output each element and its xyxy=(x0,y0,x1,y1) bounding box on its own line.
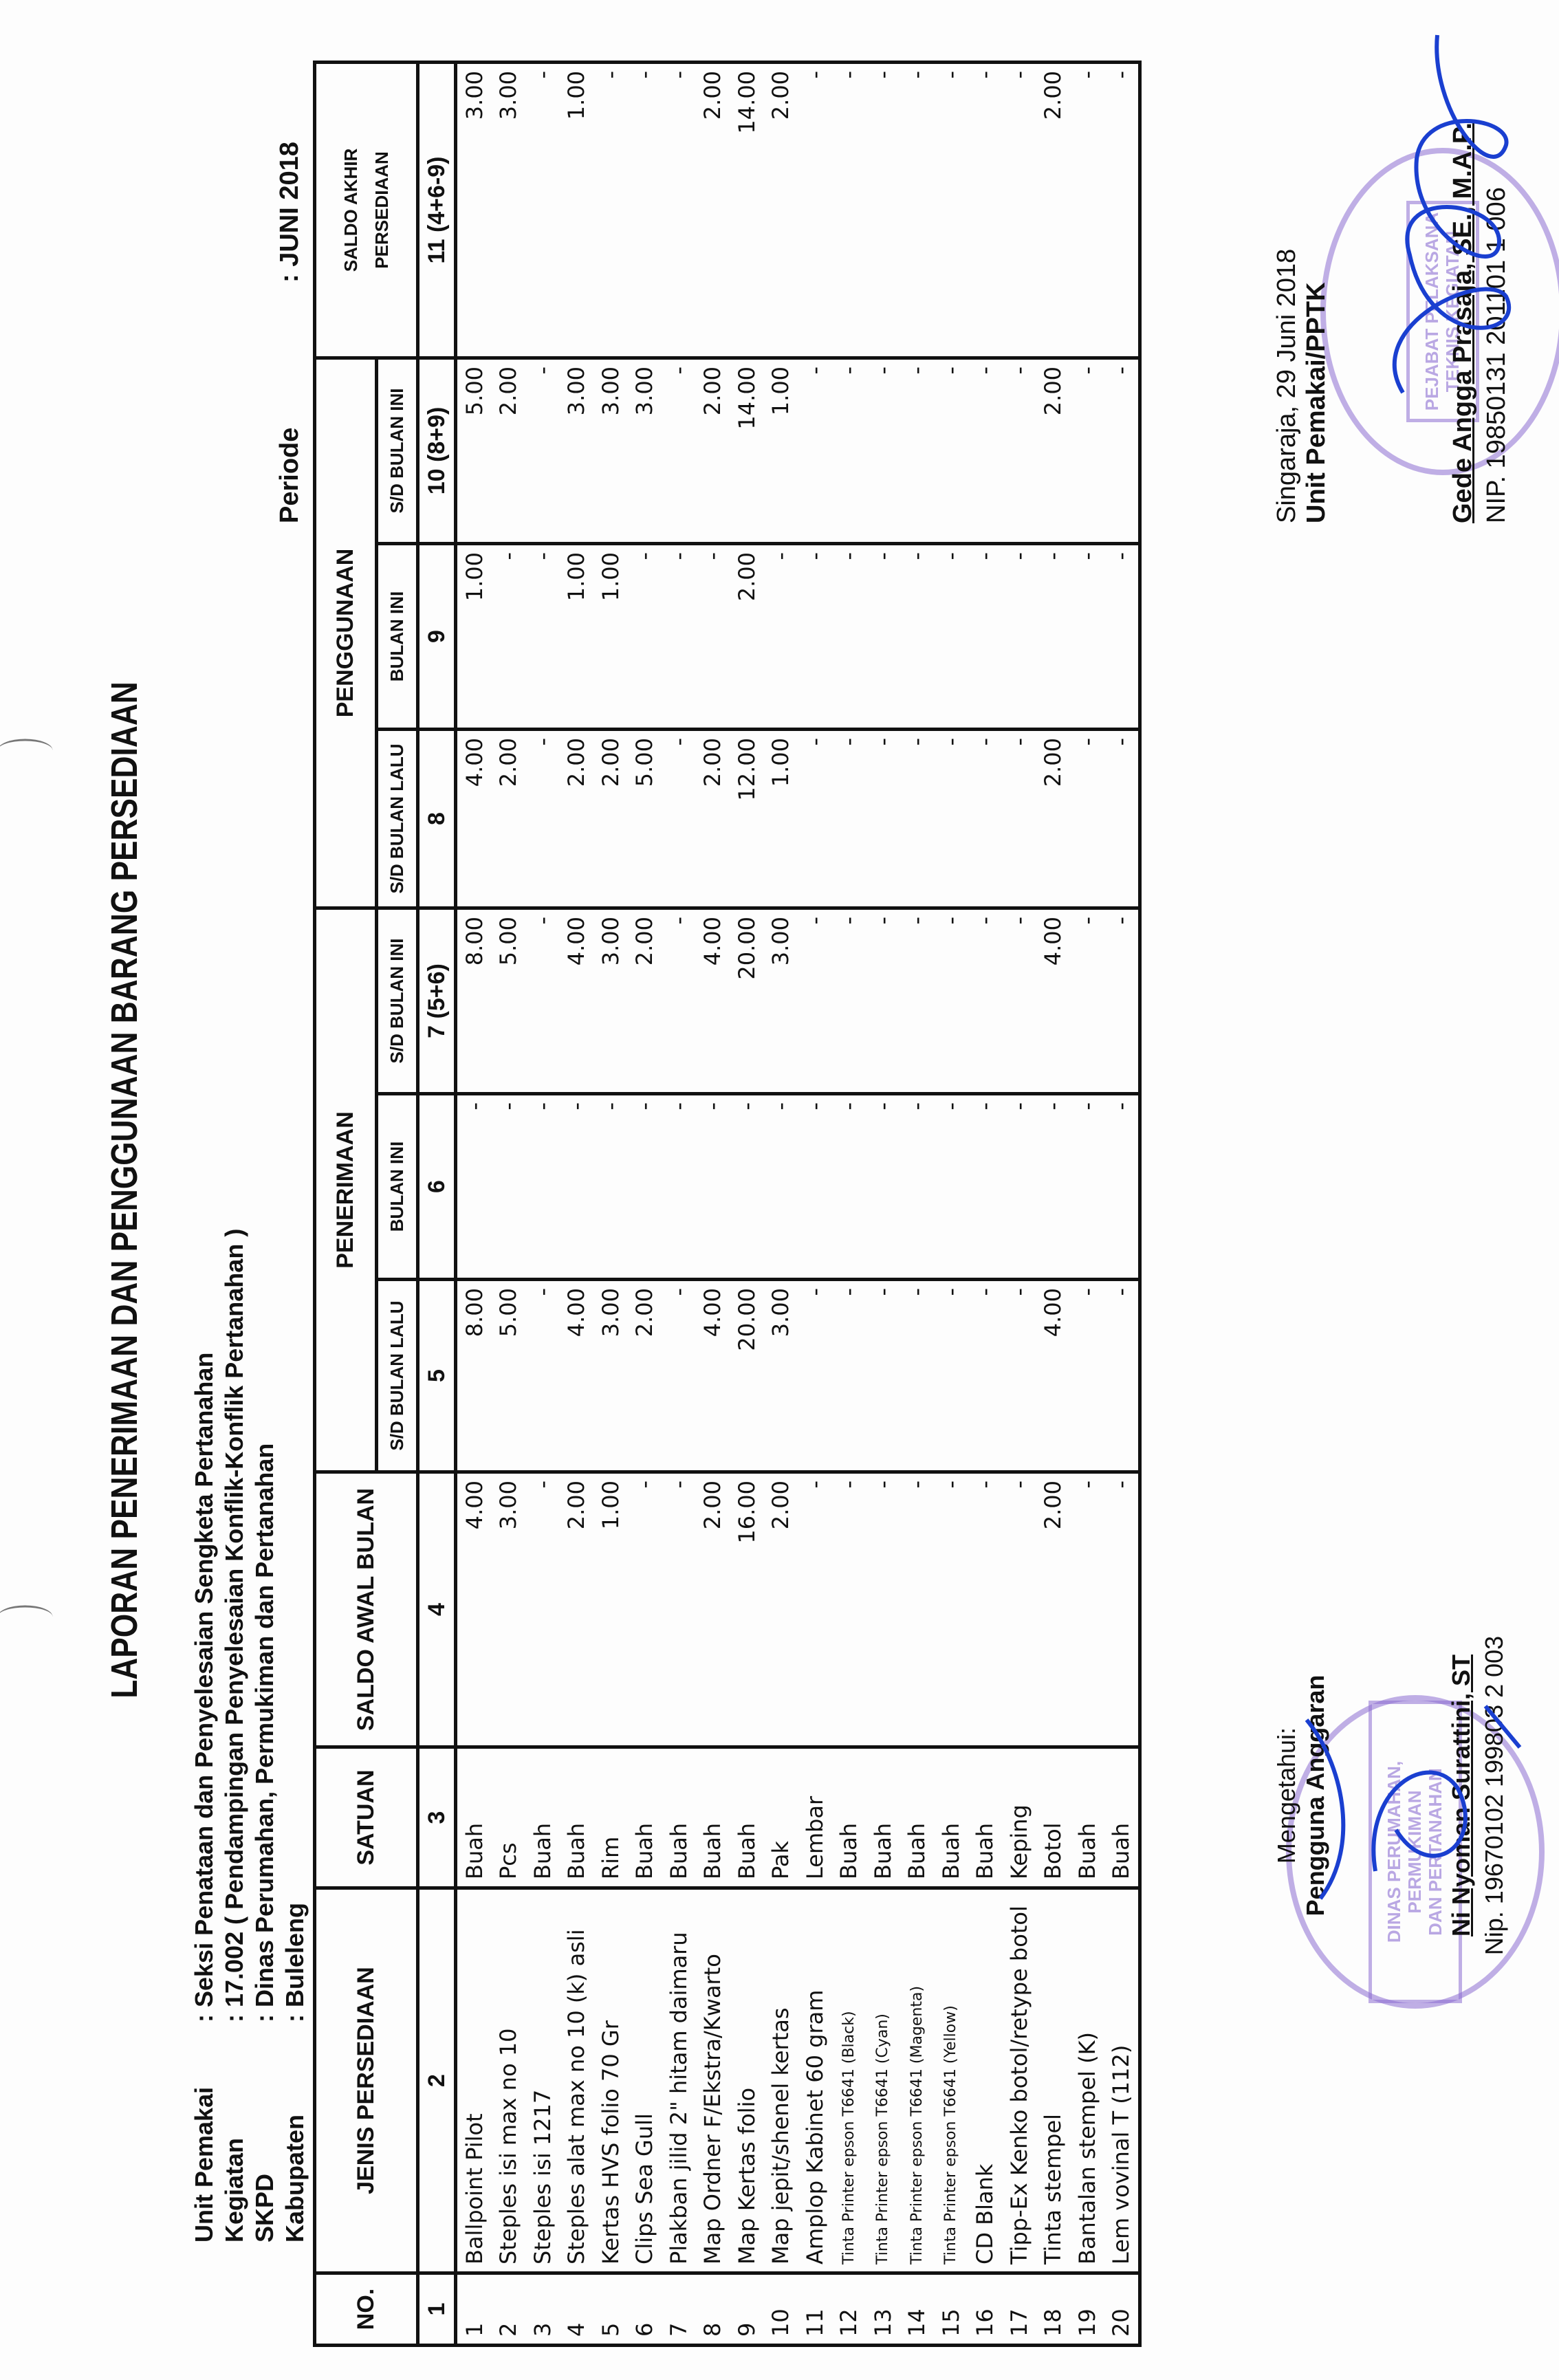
meta-label: Kabupaten xyxy=(281,2022,309,2242)
cell-no: 2 xyxy=(492,2273,526,2346)
cell-item-name: Bantalan stempel (K) xyxy=(1070,1888,1104,2273)
cell-value: - xyxy=(866,729,900,908)
punch-hole-bottom xyxy=(0,739,53,762)
header-no: NO. xyxy=(315,2273,418,2346)
cell-value: - xyxy=(866,908,900,1093)
cell-value: - xyxy=(1070,729,1104,908)
cell-value: - xyxy=(492,1094,526,1280)
header-penerimaan-bulan-ini: BULAN INI xyxy=(377,1094,418,1280)
cell-value: - xyxy=(798,62,832,358)
cell-value: - xyxy=(798,908,832,1093)
cell-value: - xyxy=(1104,62,1140,358)
cell-value: - xyxy=(832,543,866,729)
cell-item-name: Kertas HVS folio 70 Gr xyxy=(593,1888,628,2273)
meta-label: SKPD xyxy=(250,2022,279,2242)
cell-value: - xyxy=(832,358,866,543)
header-saldo-akhir: SALDO AKHIR PERSEDIAAN xyxy=(315,62,418,358)
cell-value: - xyxy=(798,729,832,908)
cell-value: - xyxy=(764,1094,798,1280)
cell-value: - xyxy=(968,358,1003,543)
cell-value: - xyxy=(866,1472,900,1747)
periode-label: Periode xyxy=(275,283,305,523)
cell-value: - xyxy=(525,729,560,908)
cell-unit: Buah xyxy=(560,1747,594,1888)
cell-unit: Keping xyxy=(1002,1747,1036,1888)
signature-block-right: Singaraja, 29 Juni 2018 Unit Pemakai/PPT… xyxy=(1272,42,1512,523)
cell-value: - xyxy=(662,1094,696,1280)
cell-value: - xyxy=(1070,1094,1104,1280)
cell-value: - xyxy=(525,1472,560,1747)
cell-value: - xyxy=(900,908,935,1093)
cell-value: - xyxy=(764,543,798,729)
sign-right-nip: NIP. 19850131 201101 1 006 xyxy=(1482,42,1512,523)
cell-item-name: Tinta Printer epson T6641 (Yellow) xyxy=(934,1888,968,2273)
cell-value: 8.00 xyxy=(456,908,492,1093)
cell-value: 2.00 xyxy=(696,358,730,543)
cell-value: 5.00 xyxy=(628,729,662,908)
cell-value: 12.00 xyxy=(730,729,764,908)
cell-unit: Buah xyxy=(456,1747,492,1888)
cell-value: 3.00 xyxy=(593,908,628,1093)
cell-unit: Buah xyxy=(968,1747,1003,1888)
cell-value: - xyxy=(798,543,832,729)
header-penerimaan: PENERIMAAN xyxy=(315,908,377,1472)
cell-no: 10 xyxy=(764,2273,798,2346)
cell-value: - xyxy=(1002,1280,1036,1472)
cell-item-name: Map Kertas folio xyxy=(730,1888,764,2273)
cell-value: 3.00 xyxy=(593,1280,628,1472)
cell-value: - xyxy=(798,1280,832,1472)
cell-item-name: Tipp-Ex Kenko botol/retype botol xyxy=(1002,1888,1036,2273)
meta-value: : Buleleng xyxy=(281,1903,309,2022)
table-row: 11Amplop Kabinet 60 gramLembar-------- xyxy=(798,62,832,2345)
cell-value: - xyxy=(798,1094,832,1280)
table-row: 17Tipp-Ex Kenko botol/retype botolKeping… xyxy=(1002,62,1036,2345)
table-row: 9Map Kertas folioBuah16.0020.00-20.0012.… xyxy=(730,62,764,2345)
cell-value: - xyxy=(1104,908,1140,1093)
cell-value: - xyxy=(832,62,866,358)
cell-value: 4.00 xyxy=(696,908,730,1093)
cell-value: - xyxy=(900,358,935,543)
column-number: 5 xyxy=(418,1280,456,1472)
cell-value: 2.00 xyxy=(696,62,730,358)
header-jenis-persediaan: JENIS PERSEDIAAN xyxy=(315,1888,418,2273)
cell-item-name: Tinta Printer epson T6641 (Magenta) xyxy=(900,1888,935,2273)
header-penggunaan-sd-bulan-ini: S/D BULAN INI xyxy=(377,358,418,543)
table-row: 14Tinta Printer epson T6641 (Magenta)Bua… xyxy=(900,62,935,2345)
cell-value: - xyxy=(1104,729,1140,908)
cell-value: 14.00 xyxy=(730,62,764,358)
cell-value: - xyxy=(1070,1472,1104,1747)
cell-value: - xyxy=(492,543,526,729)
cell-unit: Buah xyxy=(900,1747,935,1888)
cell-value: - xyxy=(1002,1472,1036,1747)
cell-value: 1.00 xyxy=(593,543,628,729)
cell-value: 2.00 xyxy=(593,729,628,908)
table-row: 20Lem vovinal T (112)Buah-------- xyxy=(1104,62,1140,2345)
cell-value: 14.00 xyxy=(730,358,764,543)
header-penerimaan-sd-bulan-lalu: S/D BULAN LALU xyxy=(377,1280,418,1472)
cell-value: 4.00 xyxy=(456,729,492,908)
cell-unit: Buah xyxy=(730,1747,764,1888)
cell-item-name: Map Ordner F/Ekstra/Kwarto xyxy=(696,1888,730,2273)
cell-value: - xyxy=(1070,1280,1104,1472)
cell-value: - xyxy=(662,729,696,908)
cell-unit: Pcs xyxy=(492,1747,526,1888)
cell-value: 3.00 xyxy=(628,358,662,543)
cell-no: 12 xyxy=(832,2273,866,2346)
cell-value: - xyxy=(798,358,832,543)
cell-value: - xyxy=(934,543,968,729)
cell-value: - xyxy=(662,1472,696,1747)
cell-value: 3.00 xyxy=(764,908,798,1093)
header-penerimaan-sd-bulan-ini: S/D BULAN INI xyxy=(377,908,418,1093)
cell-value: - xyxy=(662,358,696,543)
cell-value: - xyxy=(1070,62,1104,358)
cell-value: 4.00 xyxy=(1036,1280,1071,1472)
cell-value: - xyxy=(456,1094,492,1280)
meta-value: : Dinas Perumahan, Permukiman dan Pertan… xyxy=(250,1443,279,2022)
cell-value: 2.00 xyxy=(492,358,526,543)
cell-no: 6 xyxy=(628,2273,662,2346)
column-number: 2 xyxy=(418,1888,456,2273)
table-row: 2Steples isi max no 10Pcs3.005.00-5.002.… xyxy=(492,62,526,2345)
cell-value: 3.00 xyxy=(456,62,492,358)
cell-value: - xyxy=(593,62,628,358)
cell-value: 4.00 xyxy=(1036,908,1071,1093)
report-meta: Unit Pemakai : Seksi Penataan dan Penyel… xyxy=(189,1229,310,2242)
cell-value: - xyxy=(832,1280,866,1472)
cell-value: - xyxy=(968,543,1003,729)
cell-value: - xyxy=(934,62,968,358)
sign-right-place-date: Singaraja, 29 Juni 2018 xyxy=(1272,42,1302,523)
table-row: 3Steples isi 1217Buah-------- xyxy=(525,62,560,2345)
table-row: 18Tinta stempelBotol2.004.00-4.002.00-2.… xyxy=(1036,62,1071,2345)
cell-item-name: Steples isi max no 10 xyxy=(492,1888,526,2273)
cell-value: 2.00 xyxy=(696,729,730,908)
table-row: 12Tinta Printer epson T6641 (Black)Buah-… xyxy=(832,62,866,2345)
cell-no: 16 xyxy=(968,2273,1003,2346)
cell-value: - xyxy=(1070,543,1104,729)
cell-value: 1.00 xyxy=(764,729,798,908)
inventory-table: NO. JENIS PERSEDIAAN SATUAN SALDO AWAL B… xyxy=(313,61,1142,2347)
meta-value: : Seksi Penataan dan Penyelesaian Sengke… xyxy=(190,1353,219,2022)
cell-value: 2.00 xyxy=(1036,62,1071,358)
cell-value: - xyxy=(1036,543,1071,729)
column-number: 7 (5+6) xyxy=(418,908,456,1093)
cell-unit: Buah xyxy=(1070,1747,1104,1888)
cell-unit: Botol xyxy=(1036,1747,1071,1888)
table-row: 16CD BlankBuah-------- xyxy=(968,62,1003,2345)
cell-value: - xyxy=(968,908,1003,1093)
cell-value: - xyxy=(696,1094,730,1280)
column-number: 4 xyxy=(418,1472,456,1747)
cell-value: - xyxy=(934,1094,968,1280)
sign-left-heading: Mengetahui: xyxy=(1272,1603,1301,1988)
header-penggunaan-bulan-ini: BULAN INI xyxy=(377,543,418,729)
cell-no: 15 xyxy=(934,2273,968,2346)
cell-value: 2.00 xyxy=(560,729,594,908)
cell-item-name: Map jepit/shenel kertas xyxy=(764,1888,798,2273)
meta-kegiatan: Kegiatan : 17.002 ( Pendampingan Penyele… xyxy=(219,1229,250,2242)
cell-no: 18 xyxy=(1036,2273,1071,2346)
table-row: 15Tinta Printer epson T6641 (Yellow)Buah… xyxy=(934,62,968,2345)
cell-value: - xyxy=(662,908,696,1093)
table-row: 8Map Ordner F/Ekstra/KwartoBuah2.004.00-… xyxy=(696,62,730,2345)
cell-value: 20.00 xyxy=(730,908,764,1093)
cell-no: 4 xyxy=(560,2273,594,2346)
cell-no: 20 xyxy=(1104,2273,1140,2346)
cell-no: 11 xyxy=(798,2273,832,2346)
column-number: 11 (4+6-9) xyxy=(418,62,456,358)
cell-unit: Rim xyxy=(593,1747,628,1888)
sign-right-name: Gede Angga Prasaja, SE., M.A.P. xyxy=(1448,42,1478,523)
cell-value: 2.00 xyxy=(560,1472,594,1747)
cell-no: 8 xyxy=(696,2273,730,2346)
cell-value: - xyxy=(525,543,560,729)
cell-item-name: Tinta Printer epson T6641 (Black) xyxy=(832,1888,866,2273)
cell-value: 3.00 xyxy=(492,1472,526,1747)
cell-value: 4.00 xyxy=(456,1472,492,1747)
cell-value: 4.00 xyxy=(560,908,594,1093)
cell-value: 2.00 xyxy=(1036,358,1071,543)
cell-no: 14 xyxy=(900,2273,935,2346)
cell-no: 3 xyxy=(525,2273,560,2346)
cell-unit: Buah xyxy=(628,1747,662,1888)
meta-unit-pemakai: Unit Pemakai : Seksi Penataan dan Penyel… xyxy=(189,1229,219,2242)
cell-value: 2.00 xyxy=(730,543,764,729)
table-row: 4Steples alat max no 10 (k) asliBuah2.00… xyxy=(560,62,594,2345)
cell-value: 2.00 xyxy=(628,908,662,1093)
cell-value: - xyxy=(628,62,662,358)
meta-skpd: SKPD : Dinas Perumahan, Permukiman dan P… xyxy=(250,1229,280,2242)
cell-item-name: Steples alat max no 10 (k) asli xyxy=(560,1888,594,2273)
cell-value: 5.00 xyxy=(456,358,492,543)
periode-value: : JUNI 2018 xyxy=(275,142,305,283)
cell-value: - xyxy=(968,62,1003,358)
periode: Periode : JUNI 2018 xyxy=(275,142,305,523)
table-row: 10Map jepit/shenel kertasPak2.003.00-3.0… xyxy=(764,62,798,2345)
cell-value: - xyxy=(593,1094,628,1280)
table-row: 19Bantalan stempel (K)Buah-------- xyxy=(1070,62,1104,2345)
cell-value: - xyxy=(832,1472,866,1747)
cell-value: - xyxy=(662,543,696,729)
cell-value: - xyxy=(900,543,935,729)
cell-value: - xyxy=(1036,1094,1071,1280)
sign-left-nip: Nip. 19670102 199803 2 003 xyxy=(1480,1603,1509,1988)
column-number: 3 xyxy=(418,1747,456,1888)
table-row: 5Kertas HVS folio 70 GrRim1.003.00-3.002… xyxy=(593,62,628,2345)
cell-value: - xyxy=(968,729,1003,908)
cell-no: 19 xyxy=(1070,2273,1104,2346)
cell-value: - xyxy=(1104,1472,1140,1747)
meta-kabupaten: Kabupaten : Buleleng xyxy=(280,1229,310,2242)
cell-value: - xyxy=(934,1280,968,1472)
cell-value: - xyxy=(798,1472,832,1747)
cell-value: 3.00 xyxy=(560,358,594,543)
cell-value: - xyxy=(866,543,900,729)
cell-value: - xyxy=(900,1472,935,1747)
cell-value: - xyxy=(1070,358,1104,543)
cell-value: - xyxy=(866,62,900,358)
cell-unit: Buah xyxy=(525,1747,560,1888)
cell-value: 5.00 xyxy=(492,908,526,1093)
cell-unit: Buah xyxy=(866,1747,900,1888)
cell-value: - xyxy=(934,729,968,908)
cell-value: - xyxy=(1002,729,1036,908)
cell-value: - xyxy=(628,1094,662,1280)
column-number: 10 (8+9) xyxy=(418,358,456,543)
cell-value: - xyxy=(968,1472,1003,1747)
report-title: LAPORAN PENERIMAAN DAN PENGGUNAAN BARANG… xyxy=(103,214,146,2165)
meta-label: Unit Pemakai xyxy=(190,2022,219,2242)
meta-label: Kegiatan xyxy=(220,2022,249,2242)
cell-no: 17 xyxy=(1002,2273,1036,2346)
cell-no: 9 xyxy=(730,2273,764,2346)
column-number-row: 1234567 (5+6)8910 (8+9)11 (4+6-9) xyxy=(418,62,456,2345)
cell-item-name: Plakban jilid 2" hitam daimaru xyxy=(662,1888,696,2273)
cell-unit: Lembar xyxy=(798,1747,832,1888)
cell-value: - xyxy=(900,1094,935,1280)
cell-value: - xyxy=(1104,1280,1140,1472)
cell-unit: Buah xyxy=(934,1747,968,1888)
cell-no: 5 xyxy=(593,2273,628,2346)
cell-value: - xyxy=(1070,908,1104,1093)
cell-item-name: Steples isi 1217 xyxy=(525,1888,560,2273)
header-satuan: SATUAN xyxy=(315,1747,418,1888)
sign-right-role: Unit Pemakai/PPTK xyxy=(1302,42,1331,523)
cell-value: - xyxy=(866,1280,900,1472)
cell-value: 1.00 xyxy=(764,358,798,543)
cell-value: - xyxy=(1002,1094,1036,1280)
cell-no: 1 xyxy=(456,2273,492,2346)
cell-value: - xyxy=(628,543,662,729)
table-row: 6Clips Sea GullBuah-2.00-2.005.00-3.00- xyxy=(628,62,662,2345)
header-saldo-akhir-line2: PERSEDIAAN xyxy=(371,71,393,349)
cell-value: - xyxy=(730,1094,764,1280)
header-saldo-awal: SALDO AWAL BULAN xyxy=(315,1472,418,1747)
cell-item-name: CD Blank xyxy=(968,1888,1003,2273)
cell-value: - xyxy=(900,62,935,358)
cell-value: 1.00 xyxy=(560,62,594,358)
cell-unit: Buah xyxy=(1104,1747,1140,1888)
cell-no: 7 xyxy=(662,2273,696,2346)
cell-value: - xyxy=(934,1472,968,1747)
cell-value: - xyxy=(525,908,560,1093)
sign-left-role: Pengguna Anggaran xyxy=(1301,1603,1330,1988)
cell-value: - xyxy=(832,1094,866,1280)
cell-value: 2.00 xyxy=(1036,729,1071,908)
cell-value: 5.00 xyxy=(492,1280,526,1472)
cell-value: 1.00 xyxy=(560,543,594,729)
cell-value: 8.00 xyxy=(456,1280,492,1472)
cell-value: - xyxy=(525,1280,560,1472)
cell-value: - xyxy=(1104,358,1140,543)
cell-item-name: Amplop Kabinet 60 gram xyxy=(798,1888,832,2273)
cell-item-name: Ballpoint Pilot xyxy=(456,1888,492,2273)
header-penggunaan-sd-bulan-lalu: S/D BULAN LALU xyxy=(377,729,418,908)
cell-value: - xyxy=(866,1094,900,1280)
cell-value: 2.00 xyxy=(628,1280,662,1472)
cell-unit: Buah xyxy=(832,1747,866,1888)
cell-value: 2.00 xyxy=(764,1472,798,1747)
cell-value: - xyxy=(662,1280,696,1472)
sign-left-name: Ni Nyoman Surattini, ST xyxy=(1447,1603,1476,1988)
cell-item-name: Tinta Printer epson T6641 (Cyan) xyxy=(866,1888,900,2273)
cell-value: 4.00 xyxy=(560,1280,594,1472)
cell-unit: Pak xyxy=(764,1747,798,1888)
cell-value: - xyxy=(934,908,968,1093)
cell-item-name: Tinta stempel xyxy=(1036,1888,1071,2273)
cell-value: 2.00 xyxy=(1036,1472,1071,1747)
cell-value: - xyxy=(525,62,560,358)
cell-value: - xyxy=(525,358,560,543)
cell-value: - xyxy=(696,543,730,729)
cell-value: 3.00 xyxy=(593,358,628,543)
column-number: 8 xyxy=(418,729,456,908)
cell-value: 3.00 xyxy=(492,62,526,358)
cell-item-name: Clips Sea Gull xyxy=(628,1888,662,2273)
cell-value: 1.00 xyxy=(593,1472,628,1747)
cell-value: - xyxy=(560,1094,594,1280)
cell-value: - xyxy=(1104,543,1140,729)
cell-no: 13 xyxy=(866,2273,900,2346)
table-row: 13Tinta Printer epson T6641 (Cyan)Buah--… xyxy=(866,62,900,2345)
inventory-rows: 1Ballpoint PilotBuah4.008.00-8.004.001.0… xyxy=(456,62,1140,2345)
cell-value: - xyxy=(934,358,968,543)
cell-value: - xyxy=(525,1094,560,1280)
cell-value: - xyxy=(1002,358,1036,543)
table-row: 1Ballpoint PilotBuah4.008.00-8.004.001.0… xyxy=(456,62,492,2345)
header-saldo-akhir-line1: SALDO AKHIR xyxy=(340,71,362,349)
cell-value: 20.00 xyxy=(730,1280,764,1472)
cell-value: - xyxy=(1104,1094,1140,1280)
column-number: 9 xyxy=(418,543,456,729)
cell-item-name: Lem vovinal T (112) xyxy=(1104,1888,1140,2273)
cell-value: 3.00 xyxy=(764,1280,798,1472)
cell-value: - xyxy=(900,1280,935,1472)
cell-value: - xyxy=(1002,62,1036,358)
signature-block-left: Mengetahui: Pengguna Anggaran Ni Nyoman … xyxy=(1272,1603,1509,1988)
cell-value: - xyxy=(832,908,866,1093)
cell-value: - xyxy=(832,729,866,908)
cell-unit: Buah xyxy=(696,1747,730,1888)
cell-value: - xyxy=(866,358,900,543)
header-penggunaan: PENGGUNAAN xyxy=(315,358,377,908)
cell-value: - xyxy=(968,1280,1003,1472)
punch-hole-top xyxy=(0,1606,53,1628)
cell-value: - xyxy=(628,1472,662,1747)
cell-value: - xyxy=(968,1094,1003,1280)
meta-value: : 17.002 ( Pendampingan Penyelesaian Kon… xyxy=(220,1229,249,2022)
document-sheet: LAPORAN PENERIMAAN DAN PENGGUNAAN BARANG… xyxy=(0,0,1559,2380)
cell-value: - xyxy=(1002,543,1036,729)
cell-value: 16.00 xyxy=(730,1472,764,1747)
cell-value: 4.00 xyxy=(696,1280,730,1472)
cell-unit: Buah xyxy=(662,1747,696,1888)
cell-value: 2.00 xyxy=(764,62,798,358)
column-number: 6 xyxy=(418,1094,456,1280)
cell-value: - xyxy=(1002,908,1036,1093)
cell-value: - xyxy=(662,62,696,358)
cell-value: 2.00 xyxy=(696,1472,730,1747)
cell-value: - xyxy=(900,729,935,908)
column-number: 1 xyxy=(418,2273,456,2346)
cell-value: 1.00 xyxy=(456,543,492,729)
table-row: 7Plakban jilid 2" hitam daimaruBuah-----… xyxy=(662,62,696,2345)
cell-value: 2.00 xyxy=(492,729,526,908)
